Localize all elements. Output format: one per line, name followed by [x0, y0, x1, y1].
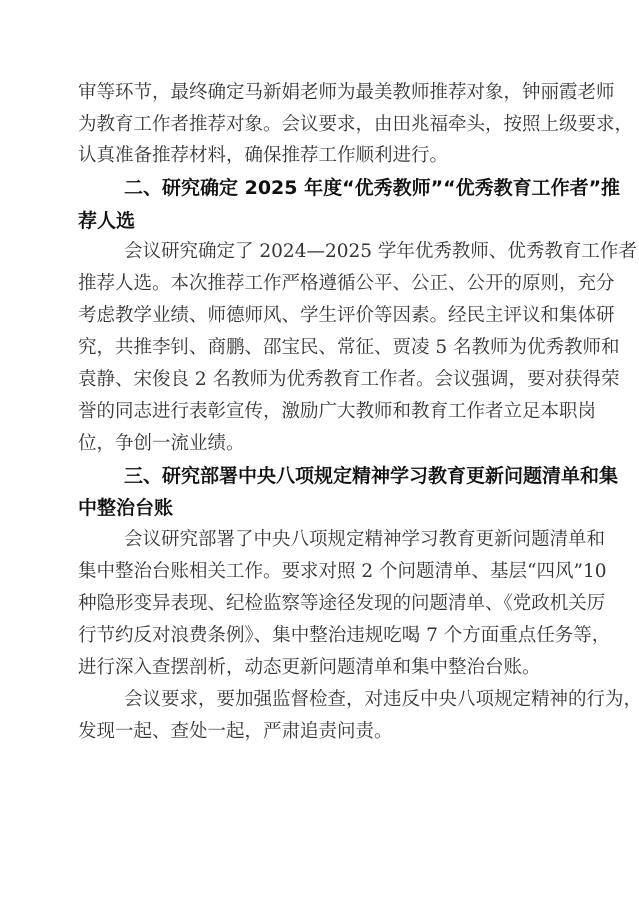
text-line: 进行深入查摆剖析，动态更新问题清单和集中整治台账。: [78, 652, 562, 684]
text-line: 推荐人选。本次推荐工作严格遵循公平、公正、公开的原则，充分: [78, 268, 562, 300]
text-line: 种隐形变异表现、纪检监察等途径发现的问题清单、《党政机关厉: [78, 588, 562, 620]
text-line: 考虑教学业绩、师德师风、学生评价等因素。经民主评议和集体研: [78, 300, 562, 332]
text-line: 集中整治台账相关工作。要求对照 2 个问题清单、基层“四风”10: [78, 556, 562, 588]
section-2-heading: 二、研究确定 2025 年度“优秀教师”“优秀教育工作者”推: [124, 172, 562, 204]
text-line: 位，争创一流业绩。: [78, 428, 562, 460]
section-2-heading-cont: 荐人选: [78, 205, 562, 237]
text-line: 审等环节，最终确定马新娟老师为最美教师推荐对象，钟丽霞老师: [78, 77, 562, 109]
section-3-heading-cont: 中整治台账: [78, 492, 562, 524]
section-3-heading: 三、研究部署中央八项规定精神学习教育更新问题清单和集: [124, 460, 562, 492]
text-line: 发现一起、查处一起，严肃追责问责。: [78, 716, 562, 748]
text-line: 认真准备推荐材料，确保推荐工作顺利进行。: [78, 140, 562, 172]
text-line: 行节约反对浪费条例》、集中整治违规吃喝 7 个方面重点任务等，: [78, 620, 562, 652]
text-line: 会议要求，要加强监督检查，对违反中央八项规定精神的行为，: [124, 684, 562, 716]
document-page: 审等环节，最终确定马新娟老师为最美教师推荐对象，钟丽霞老师 为教育工作者推荐对象…: [0, 0, 639, 905]
text-line: 誉的同志进行表彰宣传，激励广大教师和教育工作者立足本职岗: [78, 396, 562, 428]
text-line: 会议研究部署了中央八项规定精神学习教育更新问题清单和: [124, 524, 562, 556]
text-line: 为教育工作者推荐对象。会议要求，由田兆福牵头，按照上级要求，: [78, 109, 562, 141]
text-line: 袁静、宋俊良 2 名教师为优秀教育工作者。会议强调，要对获得荣: [78, 364, 562, 396]
text-line: 究，共推李钊、商鹏、邵宝民、常征、贾凌 5 名教师为优秀教师和: [78, 332, 562, 364]
text-line: 会议研究确定了 2024—2025 学年优秀教师、优秀教育工作者: [124, 236, 562, 268]
